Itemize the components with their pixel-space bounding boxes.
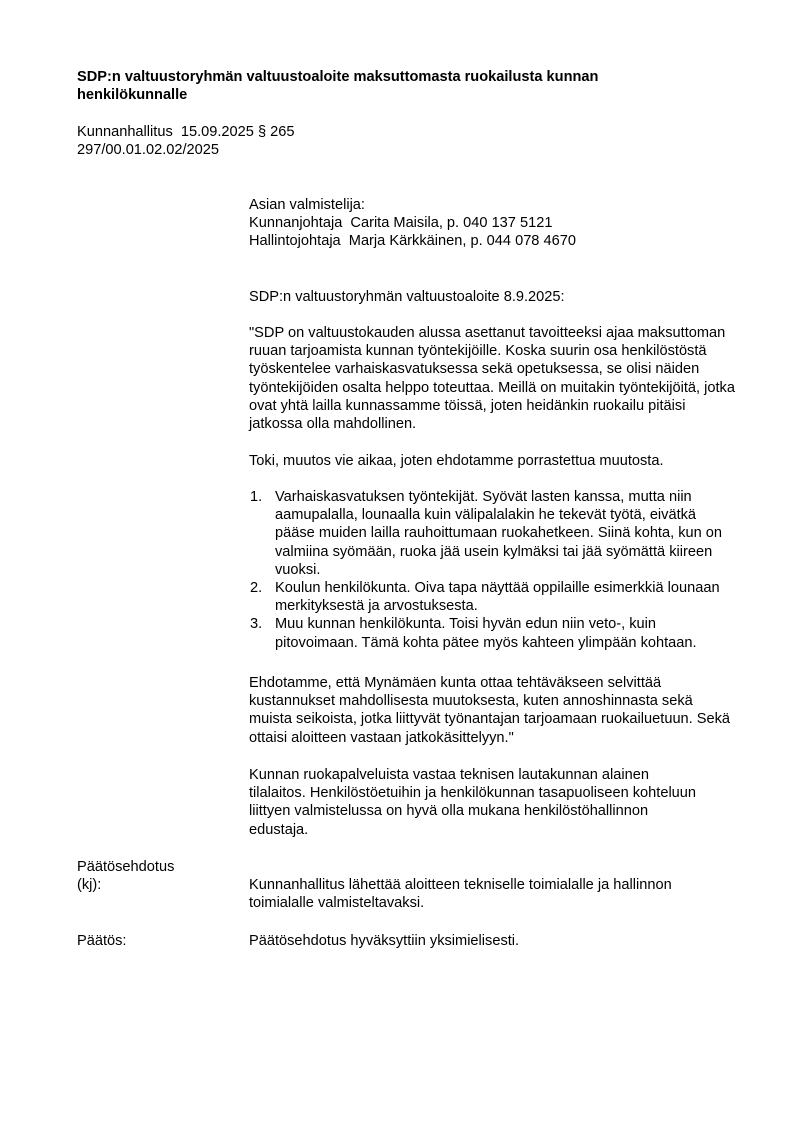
list-item: 2. Koulun henkilökunta. Oiva tapa näyttä…	[249, 579, 739, 615]
proposal-text: Kunnanhallitus lähettää aloitteen teknis…	[249, 876, 729, 912]
closing-paragraph: Ehdotamme, että Mynämäen kunta ottaa teh…	[249, 674, 739, 747]
document-page: SDP:n valtuustoryhmän valtuustoaloite ma…	[0, 0, 794, 1122]
list-text: Koulun henkilökunta. Oiva tapa näyttää o…	[275, 580, 720, 614]
proposal-label-line1: Päätösehdotus	[77, 858, 174, 876]
list-text: Varhaiskasvatuksen työntekijät. Syövät l…	[275, 489, 722, 578]
proposal-list: 1. Varhaiskasvatuksen työntekijät. Syövä…	[249, 488, 739, 652]
record-number: 297/00.01.02.02/2025	[77, 141, 294, 159]
document-title: SDP:n valtuustoryhmän valtuustoaloite ma…	[77, 68, 697, 104]
decision-text: Päätösehdotus hyväksyttiin yksimielisest…	[249, 932, 749, 950]
preparers-block: Asian valmistelija: Kunnanjohtaja Carita…	[249, 196, 749, 251]
staged-change-paragraph: Toki, muutos vie aikaa, joten ehdotamme …	[249, 452, 749, 470]
comment-paragraph: Kunnan ruokapalveluista vastaa teknisen …	[249, 766, 699, 839]
list-item: 3. Muu kunnan henkilökunta. Toisi hyvän …	[249, 615, 739, 651]
proposal-label-line2: (kj):	[77, 876, 174, 894]
meeting-line: Kunnanhallitus 15.09.2025 § 265	[77, 123, 294, 141]
proposal-label: Päätösehdotus (kj):	[77, 858, 174, 894]
initiative-heading: SDP:n valtuustoryhmän valtuustoaloite 8.…	[249, 288, 749, 306]
list-text: Muu kunnan henkilökunta. Toisi hyvän edu…	[275, 616, 697, 650]
preparer-line: Hallintojohtaja Marja Kärkkäinen, p. 044…	[249, 232, 749, 250]
preparer-line: Kunnanjohtaja Carita Maisila, p. 040 137…	[249, 214, 749, 232]
list-number: 1.	[250, 488, 262, 506]
list-number: 3.	[250, 615, 262, 633]
list-item: 1. Varhaiskasvatuksen työntekijät. Syövä…	[249, 488, 739, 579]
list-number: 2.	[250, 579, 262, 597]
decision-label: Päätös:	[77, 932, 127, 950]
initiative-paragraph: "SDP on valtuustokauden alussa asettanut…	[249, 324, 739, 433]
meeting-info: Kunnanhallitus 15.09.2025 § 265 297/00.0…	[77, 123, 294, 159]
preparers-heading: Asian valmistelija:	[249, 196, 749, 214]
